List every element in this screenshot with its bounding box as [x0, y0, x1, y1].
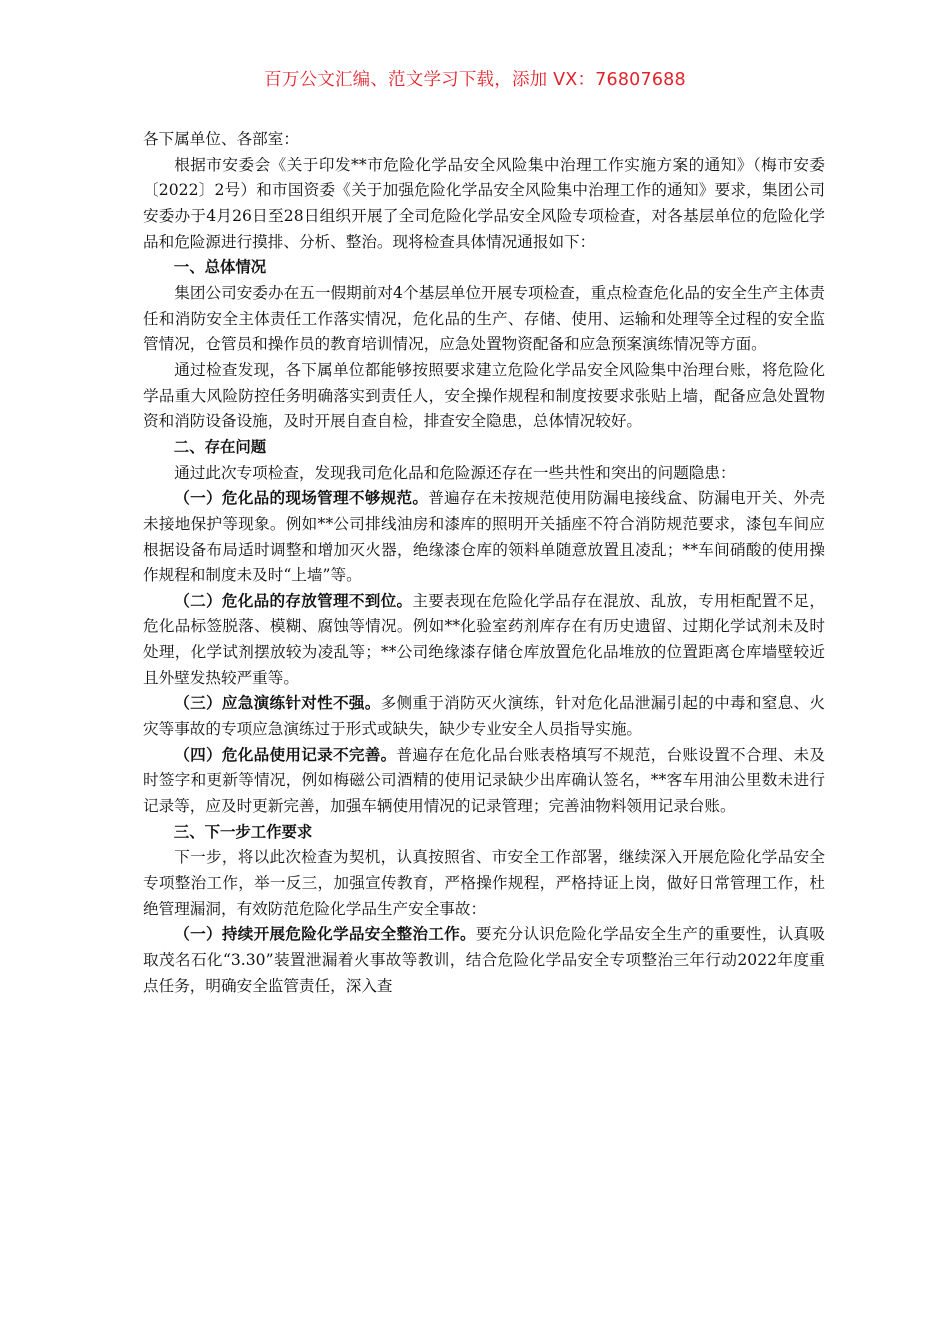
problem-item-lead: （一）危化品的现场管理不够规范。	[174, 489, 428, 507]
salutation: 各下属单位、各部室：	[143, 127, 825, 153]
problem-item: （一）危化品的现场管理不够规范。普遍存在未按规范使用防漏电接线盒、防漏电开关、外…	[143, 486, 825, 589]
section-heading-next-steps: 三、下一步工作要求	[143, 820, 825, 846]
document-body: 各下属单位、各部室： 根据市安委会《关于印发**市危险化学品安全风险集中治理工作…	[143, 127, 825, 999]
overview-paragraph: 集团公司安委办在五一假期前对4个基层单位开展专项检查，重点检查危化品的安全生产主…	[143, 281, 825, 358]
requirement-item-lead: （一）持续开展危险化学品安全整治工作。	[174, 925, 476, 943]
download-banner: 百万公文汇编、范文学习下载，添加 VX：76807688	[0, 66, 950, 94]
problem-item-lead: （四）危化品使用记录不完善。	[174, 746, 396, 764]
problem-item: （三）应急演练针对性不强。多侧重于消防灭火演练，针对危化品泄漏引起的中毒和窒息、…	[143, 691, 825, 742]
problem-item-lead: （二）危化品的存放管理不到位。	[174, 592, 412, 610]
problem-item: （四）危化品使用记录不完善。普遍存在危化品台账表格填写不规范，台账设置不合理、未…	[143, 743, 825, 820]
intro-paragraph: 根据市安委会《关于印发**市危险化学品安全风险集中治理工作实施方案的通知》（梅市…	[143, 153, 825, 256]
overview-paragraph: 通过检查发现，各下属单位都能够按照要求建立危险化学品安全风险集中治理台账，将危险…	[143, 358, 825, 435]
problems-intro: 通过此次专项检查，发现我司危化品和危险源还存在一些共性和突出的问题隐患：	[143, 461, 825, 487]
next-steps-intro: 下一步，将以此次检查为契机，认真按照省、市安全工作部署，继续深入开展危险化学品安…	[143, 845, 825, 922]
requirement-item: （一）持续开展危险化学品安全整治工作。要充分认识危险化学品安全生产的重要性，认真…	[143, 922, 825, 999]
problem-item: （二）危化品的存放管理不到位。主要表现在危险化学品存在混放、乱放，专用柜配置不足…	[143, 589, 825, 692]
problem-item-lead: （三）应急演练针对性不强。	[174, 694, 380, 712]
section-heading-overview: 一、总体情况	[143, 255, 825, 281]
section-heading-problems: 二、存在问题	[143, 435, 825, 461]
